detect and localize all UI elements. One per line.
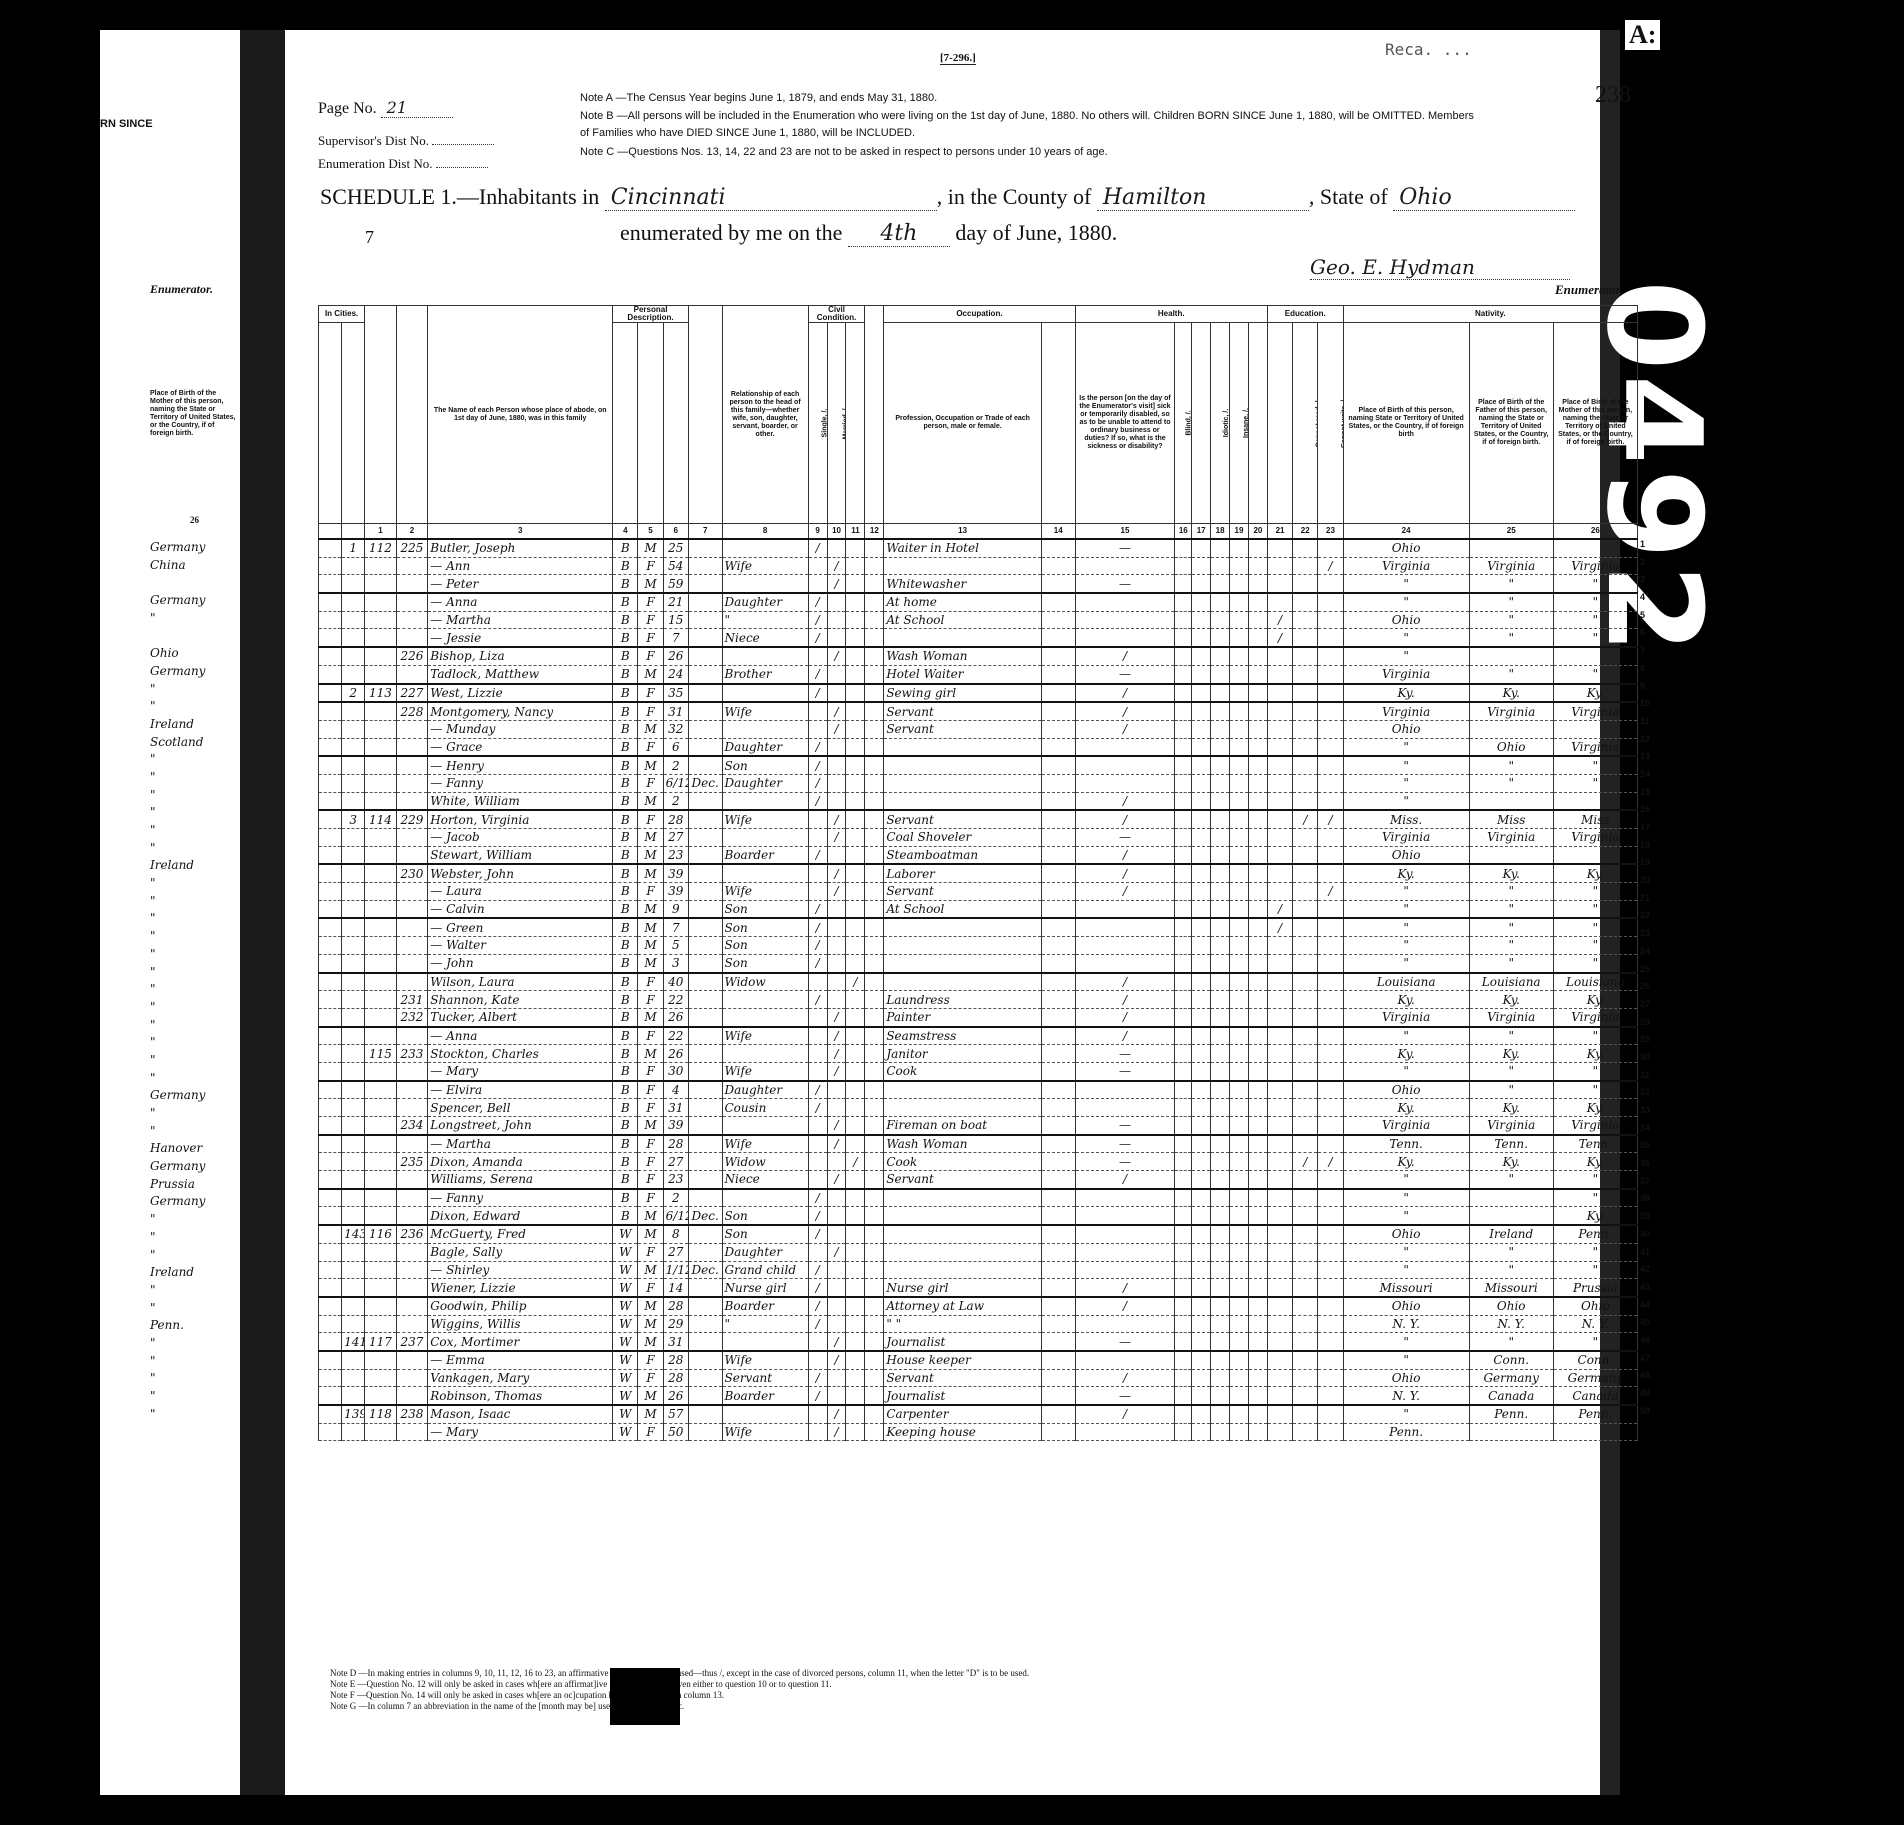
cell-married: /: [827, 1405, 846, 1423]
line-number: 38: [1640, 1193, 1650, 1211]
table-row: 230Webster, JohnBM39/Laborer/Ky.Ky.Ky.: [319, 864, 1638, 882]
cell-sex: F: [638, 1171, 663, 1189]
cell-empty: [1175, 918, 1192, 936]
cell-occupation: Laundress: [884, 991, 1042, 1009]
left-page-entry: ": [150, 1301, 205, 1319]
cell-month: [688, 1171, 722, 1189]
cell-single: /: [808, 1315, 827, 1333]
line-number: 11: [1640, 716, 1650, 734]
table-row: 231Shannon, KateBF22/Laundress/Ky.Ky.Ky.: [319, 991, 1638, 1009]
cell-mother: Miss: [1553, 810, 1637, 828]
note-a: Note A —The Census Year begins June 1, 1…: [580, 88, 1480, 108]
cell-empty: [1230, 1315, 1249, 1333]
cell-empty: [1211, 1405, 1230, 1423]
cell-name: Robinson, Thomas: [428, 1387, 613, 1405]
cell-school: /: [1267, 611, 1292, 629]
cell-empty: [1192, 1423, 1211, 1441]
cell-sick: /: [1075, 810, 1175, 828]
cell-sex: F: [638, 774, 663, 792]
cell-cant-write: [1318, 611, 1343, 629]
cell-sex: M: [638, 1008, 663, 1026]
cell-empty: [1175, 756, 1192, 774]
column-number: 24: [1343, 524, 1469, 540]
cell-widowed: [846, 1207, 865, 1225]
cell-color: B: [613, 1062, 638, 1080]
cell-unemployed: [1041, 539, 1075, 557]
cell-empty: [1192, 1207, 1211, 1225]
cell-color: B: [613, 1008, 638, 1026]
cell-color: B: [613, 557, 638, 575]
line-number: 4: [1640, 592, 1650, 610]
cell-family: 227: [396, 684, 428, 703]
cell-month: [688, 1225, 722, 1243]
left-page-entry: ": [150, 929, 205, 947]
line-number: 25: [1640, 964, 1650, 982]
cell-age: 31: [663, 702, 688, 720]
cell-empty: [1175, 1423, 1192, 1441]
corner-letter: A:: [1625, 20, 1660, 50]
cell-empty: [1230, 1081, 1249, 1099]
schedule-label: SCHEDULE 1.—Inhabitants in: [320, 184, 599, 209]
cell-family: [396, 557, 428, 575]
cell-relation: Wife: [722, 1351, 808, 1369]
cell-birth: ": [1343, 937, 1469, 955]
cell-relation: [722, 1189, 808, 1207]
column-number: 9: [808, 524, 827, 540]
cell-unemployed: [1041, 846, 1075, 864]
header-col-6: Age at last birthday prior to June 1, 18…: [663, 323, 688, 524]
cell-school: [1267, 1153, 1292, 1171]
cell-age: 26: [663, 1008, 688, 1026]
left-page-entry: ": [150, 1000, 205, 1018]
cell-name: — Munday: [428, 720, 613, 738]
cell-father: ": [1469, 1062, 1553, 1080]
cell-cant-read: [1293, 1279, 1318, 1297]
cell-sex: M: [638, 1333, 663, 1351]
cell-father: ": [1469, 937, 1553, 955]
cell-widowed: [846, 611, 865, 629]
cell-relation: [722, 1117, 808, 1135]
left-page-entry: ": [150, 911, 205, 929]
cell-single: [808, 647, 827, 665]
cell-empty: [1175, 1153, 1192, 1171]
cell-dwelling: [365, 756, 397, 774]
cell-dwelling: 117: [365, 1333, 397, 1351]
cell-mother: ": [1553, 1081, 1637, 1099]
received-stamp: Reca. ...: [1385, 40, 1472, 59]
cell-cant-write: [1318, 665, 1343, 683]
cell-empty: [1211, 1135, 1230, 1153]
cell-father: ": [1469, 1243, 1553, 1261]
cell-empty: [865, 702, 884, 720]
line-number: 19: [1640, 857, 1650, 875]
table-row: Goodwin, PhilipWM28Boarder/Attorney at L…: [319, 1297, 1638, 1315]
cell-cant-read: [1293, 1189, 1318, 1207]
cell-month: [688, 1297, 722, 1315]
left-page-entry: ": [150, 947, 205, 965]
cell-school: [1267, 1117, 1292, 1135]
cell-empty: [865, 1369, 884, 1387]
cell-cant-write: /: [1318, 883, 1343, 901]
cell-single: [808, 1351, 827, 1369]
cell-empty: [319, 1369, 342, 1387]
cell-cant-write: [1318, 1279, 1343, 1297]
cell-empty: [1248, 539, 1267, 557]
cell-single: /: [808, 774, 827, 792]
cell-name: West, Lizzie: [428, 684, 613, 703]
cell-sex: M: [638, 720, 663, 738]
cell-married: [827, 738, 846, 756]
cell-mother: Penn.: [1553, 1405, 1637, 1423]
cell-empty: [1211, 1261, 1230, 1279]
cell-mother: ": [1553, 937, 1637, 955]
cell-mother: Conn.: [1553, 1351, 1637, 1369]
cell-school: [1267, 937, 1292, 955]
cell-age: 5: [663, 937, 688, 955]
left-page-note-fragment: RN SINCE: [100, 118, 153, 130]
cell-empty: [1248, 829, 1267, 847]
cell-sex: M: [638, 918, 663, 936]
cell-cant-write: [1318, 1062, 1343, 1080]
cell-occupation: Sewing girl: [884, 684, 1042, 703]
cell-empty: [1248, 720, 1267, 738]
header-col-22: Cannot read, /.: [1293, 323, 1318, 524]
cell-age: 35: [663, 684, 688, 703]
column-number: 25: [1469, 524, 1553, 540]
cell-occupation: Janitor: [884, 1045, 1042, 1063]
cell-widowed: [846, 1135, 865, 1153]
cell-family: [396, 883, 428, 901]
column-number: 2: [396, 524, 428, 540]
cell-father: ": [1469, 1081, 1553, 1099]
cell-birth: Virginia: [1343, 829, 1469, 847]
column-number: 22: [1293, 524, 1318, 540]
cell-single: /: [808, 611, 827, 629]
cell-widowed: [846, 665, 865, 683]
cell-empty: [1248, 864, 1267, 882]
cell-family: 236: [396, 1225, 428, 1243]
cell-empty: [1248, 738, 1267, 756]
cell-empty: [865, 991, 884, 1009]
enumeration-dist-value: [436, 167, 488, 168]
cell-relation: Niece: [722, 1171, 808, 1189]
cell-relation: Wife: [722, 1062, 808, 1080]
cell-relation: Son: [722, 918, 808, 936]
cell-empty: [1192, 774, 1211, 792]
cell-mother: Canada: [1553, 1387, 1637, 1405]
cell-school: [1267, 1369, 1292, 1387]
cell-sex: M: [638, 1117, 663, 1135]
cell-sick: [1075, 629, 1175, 647]
cell-family: [396, 1027, 428, 1045]
cell-unemployed: [1041, 1117, 1075, 1135]
cell-empty: [1230, 1279, 1249, 1297]
cell-sex: M: [638, 900, 663, 918]
cell-sex: F: [638, 738, 663, 756]
cell-empty: [1175, 954, 1192, 972]
cell-month: [688, 611, 722, 629]
cell-married: [827, 684, 846, 703]
cell-occupation: Seamstress: [884, 1027, 1042, 1045]
cell-birth: Ky.: [1343, 1153, 1469, 1171]
cell-family: [396, 738, 428, 756]
cell-single: [808, 1243, 827, 1261]
cell-name: Shannon, Kate: [428, 991, 613, 1009]
cell-sick: [1075, 1315, 1175, 1333]
cell-name: — Anna: [428, 1027, 613, 1045]
cell-mother: ": [1553, 1333, 1637, 1351]
cell-empty: [865, 665, 884, 683]
cell-cant-read: [1293, 900, 1318, 918]
cell-empty: [319, 1153, 342, 1171]
cell-family: [396, 846, 428, 864]
cell-age: 23: [663, 846, 688, 864]
cell-empty: [1192, 1027, 1211, 1045]
cell-month: [688, 1333, 722, 1351]
cell-dwelling: [365, 702, 397, 720]
cell-married: /: [827, 1062, 846, 1080]
cell-widowed: [846, 918, 865, 936]
line-number: 13: [1640, 751, 1650, 769]
cell-month: [688, 1189, 722, 1207]
table-row: — ElviraBF4Daughter/Ohio"": [319, 1081, 1638, 1099]
left-page-entry: ": [150, 1212, 205, 1230]
cell-relation: Daughter: [722, 774, 808, 792]
table-row: — PeterBM59/Whitewasher—""": [319, 575, 1638, 593]
cell-house: [342, 1387, 365, 1405]
cell-age: 28: [663, 1297, 688, 1315]
cell-cant-write: [1318, 900, 1343, 918]
cell-relation: [722, 575, 808, 593]
cell-cant-write: [1318, 1045, 1343, 1063]
cell-empty: [1175, 1333, 1192, 1351]
cell-empty: [865, 1045, 884, 1063]
cell-house: [342, 1297, 365, 1315]
cell-month: Dec.: [688, 1261, 722, 1279]
column-number: 4: [613, 524, 638, 540]
cell-color: W: [613, 1369, 638, 1387]
cell-color: B: [613, 539, 638, 557]
cell-father: Ky.: [1469, 1045, 1553, 1063]
cell-unemployed: [1041, 810, 1075, 828]
cell-age: 40: [663, 973, 688, 991]
cell-month: [688, 1099, 722, 1117]
cell-relation: ": [722, 611, 808, 629]
cell-birth: Ohio: [1343, 611, 1469, 629]
table-row: 234Longstreet, JohnBM39/Fireman on boat—…: [319, 1117, 1638, 1135]
cell-single: [808, 1153, 827, 1171]
left-page-column-header: Place of Birth of the Mother of this per…: [150, 390, 240, 438]
cell-single: [808, 1171, 827, 1189]
cell-widowed: [846, 1261, 865, 1279]
cell-father: ": [1469, 774, 1553, 792]
cell-relation: Son: [722, 1207, 808, 1225]
cell-school: [1267, 1189, 1292, 1207]
cell-unemployed: [1041, 720, 1075, 738]
cell-relation: Boarder: [722, 1387, 808, 1405]
cell-month: [688, 918, 722, 936]
cell-name: Montgomery, Nancy: [428, 702, 613, 720]
cell-sex: M: [638, 864, 663, 882]
table-row: — FannyBF6/12Dec.Daughter/""": [319, 774, 1638, 792]
cell-cant-write: /: [1318, 1153, 1343, 1171]
left-page-entry: ": [150, 1124, 205, 1142]
cell-empty: [1192, 539, 1211, 557]
cell-sick: —: [1075, 575, 1175, 593]
cell-unemployed: [1041, 665, 1075, 683]
cell-age: 22: [663, 991, 688, 1009]
cell-relation: [722, 1333, 808, 1351]
cell-dwelling: 118: [365, 1405, 397, 1423]
line-number: 22: [1640, 910, 1650, 928]
cell-mother: ": [1553, 1027, 1637, 1045]
cell-dwelling: [365, 738, 397, 756]
day-suffix: day of June, 1880.: [955, 220, 1117, 245]
cell-month: [688, 593, 722, 611]
column-number: 18: [1211, 524, 1230, 540]
cell-empty: [1248, 1099, 1267, 1117]
cell-widowed: [846, 1279, 865, 1297]
cell-family: [396, 954, 428, 972]
cell-sick: /: [1075, 684, 1175, 703]
cell-married: [827, 1297, 846, 1315]
cell-family: [396, 774, 428, 792]
cell-father: ": [1469, 593, 1553, 611]
cell-empty: [1175, 1387, 1192, 1405]
cell-cant-read: [1293, 883, 1318, 901]
cell-cant-write: [1318, 774, 1343, 792]
cell-occupation: Cook: [884, 1153, 1042, 1171]
cell-single: /: [808, 991, 827, 1009]
cell-empty: [1175, 1135, 1192, 1153]
column-number: 21: [1267, 524, 1292, 540]
cell-birth: Ohio: [1343, 1369, 1469, 1387]
cell-empty: [1230, 918, 1249, 936]
line-numbers: 1234567891011121314151617181920212223242…: [1640, 539, 1650, 1423]
cell-age: 4: [663, 1081, 688, 1099]
cell-name: Vankagen, Mary: [428, 1369, 613, 1387]
cell-empty: [1230, 593, 1249, 611]
cell-dwelling: 113: [365, 684, 397, 703]
line-number: 6: [1640, 627, 1650, 645]
cell-name: Webster, John: [428, 864, 613, 882]
cell-occupation: Hotel Waiter: [884, 665, 1042, 683]
cell-sick: [1075, 1099, 1175, 1117]
cell-school: [1267, 1135, 1292, 1153]
cell-widowed: [846, 1045, 865, 1063]
line-number: 47: [1640, 1353, 1650, 1371]
cell-relation: Wife: [722, 557, 808, 575]
cell-married: [827, 1387, 846, 1405]
line-number: 2: [1640, 557, 1650, 575]
cell-house: [342, 738, 365, 756]
cell-cant-write: [1318, 1315, 1343, 1333]
cell-father: Missouri: [1469, 1279, 1553, 1297]
cell-father: [1469, 647, 1553, 665]
cell-age: 14: [663, 1279, 688, 1297]
enumeration-dist-label: Enumeration Dist No.: [318, 156, 432, 171]
cell-relation: Nurse girl: [722, 1279, 808, 1297]
cell-mother: ": [1553, 883, 1637, 901]
header-col-12: Married during Census year, /.: [865, 306, 884, 524]
table-row: 228Montgomery, NancyBF31Wife/Servant/Vir…: [319, 702, 1638, 720]
cell-house: 141: [342, 1333, 365, 1351]
cell-color: B: [613, 900, 638, 918]
cell-school: [1267, 973, 1292, 991]
left-page-entry: ": [150, 1018, 205, 1036]
cell-occupation: At home: [884, 593, 1042, 611]
cell-empty: [865, 1387, 884, 1405]
cell-unemployed: [1041, 629, 1075, 647]
cell-dwelling: [365, 846, 397, 864]
cell-house: [342, 702, 365, 720]
cell-month: [688, 1062, 722, 1080]
cell-father: Virginia: [1469, 1117, 1553, 1135]
table-row: — CalvinBM9Son/At School/""": [319, 900, 1638, 918]
cell-month: [688, 702, 722, 720]
cell-empty: [319, 684, 342, 703]
cell-birth: ": [1343, 1333, 1469, 1351]
cell-cant-write: [1318, 1369, 1343, 1387]
cell-father: Louisiana: [1469, 973, 1553, 991]
cell-unemployed: [1041, 883, 1075, 901]
cell-empty: [1175, 810, 1192, 828]
cell-occupation: At School: [884, 900, 1042, 918]
cell-school: [1267, 810, 1292, 828]
cell-house: [342, 647, 365, 665]
left-page-entry: ": [150, 982, 205, 1000]
cell-family: 226: [396, 647, 428, 665]
cell-single: [808, 720, 827, 738]
cell-family: [396, 1062, 428, 1080]
table-row: Dixon, EdwardBM6/12Dec.Son/"Ky.: [319, 1207, 1638, 1225]
cell-empty: [1248, 1387, 1267, 1405]
cell-house: [342, 991, 365, 1009]
cell-empty: [865, 720, 884, 738]
cell-age: 26: [663, 1387, 688, 1405]
cell-unemployed: [1041, 647, 1075, 665]
cell-married: /: [827, 1243, 846, 1261]
cell-school: [1267, 702, 1292, 720]
cell-empty: [1248, 1062, 1267, 1080]
cell-occupation: Attorney at Law: [884, 1297, 1042, 1315]
cell-empty: [865, 1423, 884, 1441]
cell-empty: [1211, 557, 1230, 575]
cell-father: Conn.: [1469, 1351, 1553, 1369]
cell-mother: Virginia: [1553, 829, 1637, 847]
cell-age: 2: [663, 1189, 688, 1207]
cell-empty: [319, 937, 342, 955]
cell-empty: [1248, 973, 1267, 991]
cell-married: [827, 900, 846, 918]
cell-widowed: /: [846, 973, 865, 991]
cell-empty: [319, 593, 342, 611]
cell-month: [688, 1315, 722, 1333]
cell-unemployed: [1041, 684, 1075, 703]
cell-relation: [722, 1008, 808, 1026]
cell-school: [1267, 1207, 1292, 1225]
cell-empty: [865, 883, 884, 901]
cell-sex: M: [638, 846, 663, 864]
cell-empty: [319, 1315, 342, 1333]
cell-occupation: Laborer: [884, 864, 1042, 882]
cell-empty: [865, 1153, 884, 1171]
cell-mother: [1553, 720, 1637, 738]
cell-month: [688, 629, 722, 647]
cell-empty: [1248, 792, 1267, 810]
cell-cant-write: [1318, 575, 1343, 593]
cell-name: Cox, Mortimer: [428, 1333, 613, 1351]
